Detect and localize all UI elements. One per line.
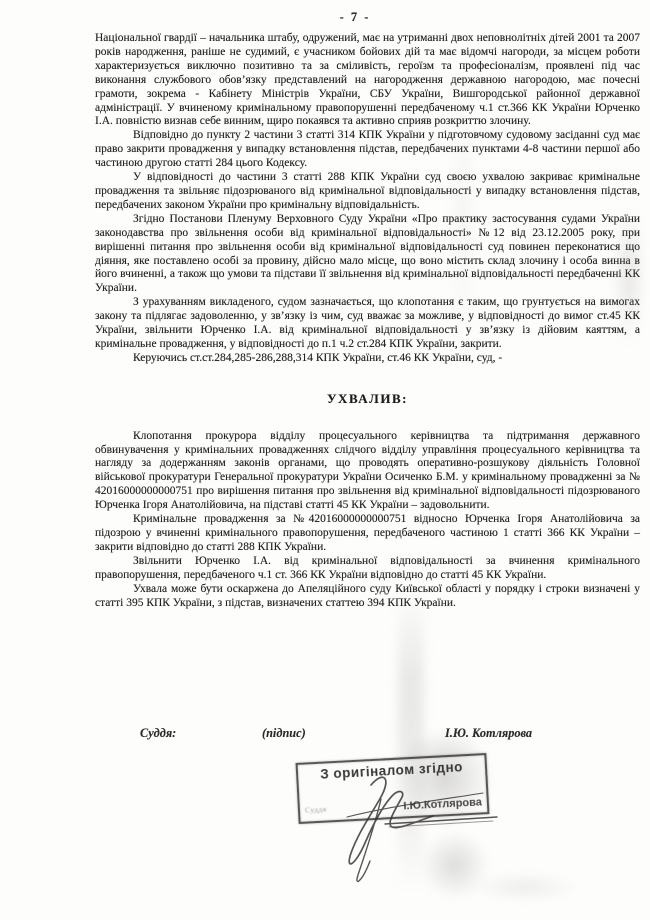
body-paragraph: У відповідності до частини 3 статті 288 … xyxy=(95,171,640,213)
body-paragraph: Відповідно до пункту 2 частини 3 статті … xyxy=(95,129,640,171)
signature-row: Суддя: (підпис) І.Ю. Котлярова xyxy=(95,726,640,744)
document-body: Національної гвардії – начальника штабу,… xyxy=(95,32,640,610)
body-paragraph: Національної гвардії – начальника штабу,… xyxy=(95,32,640,129)
resolution-paragraph: Звільнити Юрченко І.А. від кримінальної … xyxy=(95,555,640,583)
body-paragraph: З урахуванням викладеного, судом зазнача… xyxy=(95,296,640,352)
judge-label: Суддя: xyxy=(140,726,176,741)
signature-placeholder: (підпис) xyxy=(262,726,306,741)
body-paragraphs: Національної гвардії – начальника штабу,… xyxy=(95,32,640,366)
resolution-paragraph: Ухвала може бути оскаржена до Апеляційно… xyxy=(95,583,640,611)
judge-name: І.Ю. Котлярова xyxy=(445,726,532,741)
body-paragraph: Згідно Постанови Пленуму Верховного Суду… xyxy=(95,213,640,296)
handwritten-signature-icon xyxy=(285,765,525,895)
scanned-court-ruling-page: - 7 - Національної гвардії – начальника … xyxy=(0,0,650,920)
resolution-paragraph: Кримінальне провадження за №420160000000… xyxy=(95,513,640,555)
body-paragraph: Керуючись ст.ст.284,285-286,288,314 КПК … xyxy=(95,352,640,366)
resolution-paragraph: Клопотання прокурора відділу процесуальн… xyxy=(95,430,640,513)
resolution-paragraphs: Клопотання прокурора відділу процесуальн… xyxy=(95,430,640,611)
resolution-heading: УХВАЛИВ: xyxy=(95,392,640,406)
page-number: - 7 - xyxy=(0,10,650,25)
